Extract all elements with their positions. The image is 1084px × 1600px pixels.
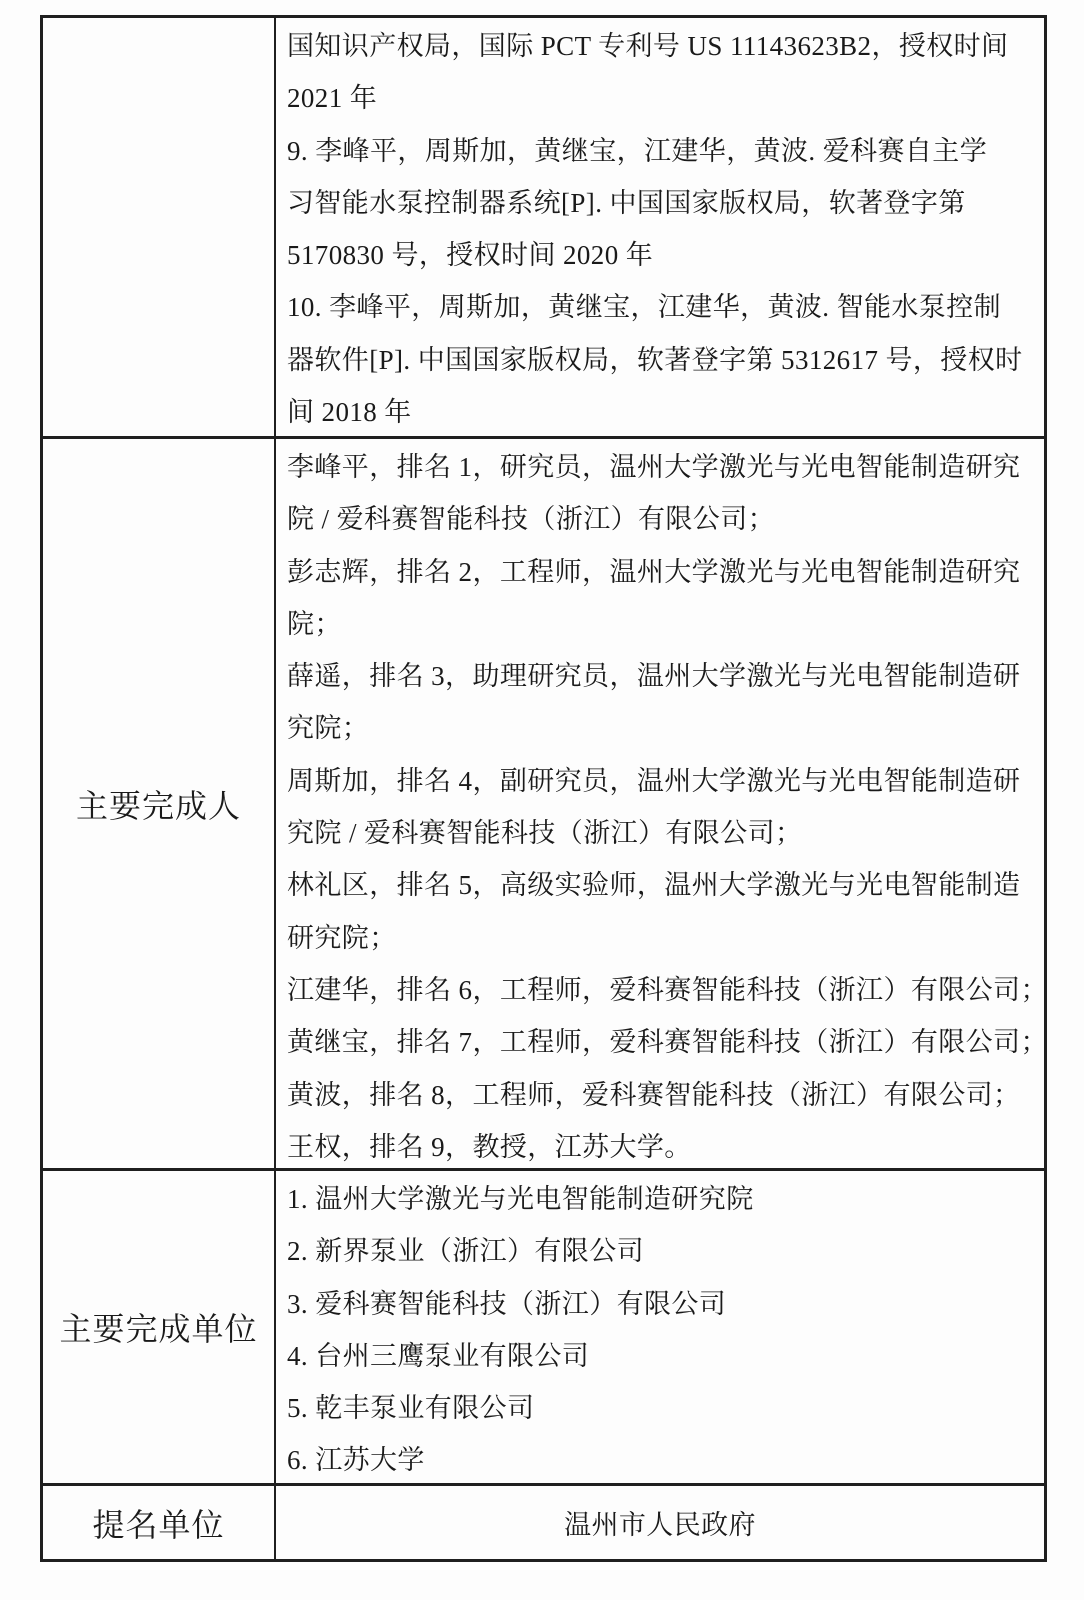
text-line: 研究院； <box>287 912 1038 964</box>
row-content-cell: 温州市人民政府 <box>276 1486 1044 1559</box>
text-line: 王权，排名 9，教授，江苏大学。 <box>287 1121 1038 1168</box>
row-label-cell <box>43 18 276 436</box>
table-row: 主要完成人 李峰平，排名 1，研究员，温州大学激光与光电智能制造研究院 / 爱科… <box>43 436 1044 1168</box>
row-content-cell: 李峰平，排名 1，研究员，温州大学激光与光电智能制造研究院 / 爱科赛智能科技（… <box>276 439 1044 1168</box>
table-row: 国知识产权局，国际 PCT 专利号 US 11143623B2，授权时间2021… <box>43 18 1044 436</box>
text-line: 5170830 号，授权时间 2020 年 <box>287 229 1038 281</box>
row-label: 主要完成单位 <box>59 1304 257 1350</box>
text-line: 究院； <box>287 702 1038 754</box>
table-row: 主要完成单位 1. 温州大学激光与光电智能制造研究院2. 新界泵业（浙江）有限公… <box>43 1168 1044 1483</box>
text-line: 2. 新界泵业（浙江）有限公司 <box>287 1225 1038 1277</box>
text-line: 9. 李峰平，周斯加，黄继宝，江建华，黄波. 爱科赛自主学 <box>287 125 1038 177</box>
text-line: 温州市人民政府 <box>564 1503 756 1542</box>
text-line: 6. 江苏大学 <box>287 1434 1038 1483</box>
document-page: 国知识产权局，国际 PCT 专利号 US 11143623B2，授权时间2021… <box>0 0 1084 1600</box>
text-line: 院； <box>287 598 1038 650</box>
row-label-cell: 主要完成单位 <box>43 1171 276 1483</box>
text-line: 国知识产权局，国际 PCT 专利号 US 11143623B2，授权时间 <box>287 20 1038 72</box>
row-label-cell: 提名单位 <box>43 1486 276 1559</box>
text-line: 器软件[P]. 中国国家版权局，软著登字第 5312617 号，授权时 <box>287 334 1038 386</box>
text-line: 黄继宝，排名 7，工程师，爱科赛智能科技（浙江）有限公司； <box>287 1016 1038 1068</box>
text-line: 5. 乾丰泵业有限公司 <box>287 1382 1038 1434</box>
award-table: 国知识产权局，国际 PCT 专利号 US 11143623B2，授权时间2021… <box>40 15 1047 1562</box>
text-line: 江建华，排名 6，工程师，爱科赛智能科技（浙江）有限公司； <box>287 964 1038 1016</box>
text-line: 1. 温州大学激光与光电智能制造研究院 <box>287 1173 1038 1225</box>
text-line: 4. 台州三鹰泵业有限公司 <box>287 1330 1038 1382</box>
row-content-cell: 国知识产权局，国际 PCT 专利号 US 11143623B2，授权时间2021… <box>276 18 1044 436</box>
text-line: 黄波，排名 8，工程师，爱科赛智能科技（浙江）有限公司； <box>287 1069 1038 1121</box>
text-line: 习智能水泵控制器系统[P]. 中国国家版权局，软著登字第 <box>287 177 1038 229</box>
row-label: 提名单位 <box>92 1500 224 1546</box>
text-line: 林礼区，排名 5，高级实验师，温州大学激光与光电智能制造 <box>287 859 1038 911</box>
text-line: 薛遥，排名 3，助理研究员，温州大学激光与光电智能制造研 <box>287 650 1038 702</box>
text-line: 院 / 爱科赛智能科技（浙江）有限公司； <box>287 493 1038 545</box>
row-content-cell: 1. 温州大学激光与光电智能制造研究院2. 新界泵业（浙江）有限公司3. 爱科赛… <box>276 1171 1044 1483</box>
text-line: 10. 李峰平，周斯加，黄继宝，江建华，黄波. 智能水泵控制 <box>287 281 1038 333</box>
text-line: 周斯加，排名 4，副研究员，温州大学激光与光电智能制造研 <box>287 755 1038 807</box>
text-line: 2021 年 <box>287 72 1038 124</box>
row-label: 主要完成人 <box>76 781 241 827</box>
row-label-cell: 主要完成人 <box>43 439 276 1168</box>
text-line: 3. 爱科赛智能科技（浙江）有限公司 <box>287 1278 1038 1330</box>
text-line: 间 2018 年 <box>287 386 1038 436</box>
table-row: 提名单位 温州市人民政府 <box>43 1483 1044 1559</box>
text-line: 彭志辉，排名 2，工程师，温州大学激光与光电智能制造研究 <box>287 546 1038 598</box>
text-line: 李峰平，排名 1，研究员，温州大学激光与光电智能制造研究 <box>287 441 1038 493</box>
text-line: 究院 / 爱科赛智能科技（浙江）有限公司； <box>287 807 1038 859</box>
